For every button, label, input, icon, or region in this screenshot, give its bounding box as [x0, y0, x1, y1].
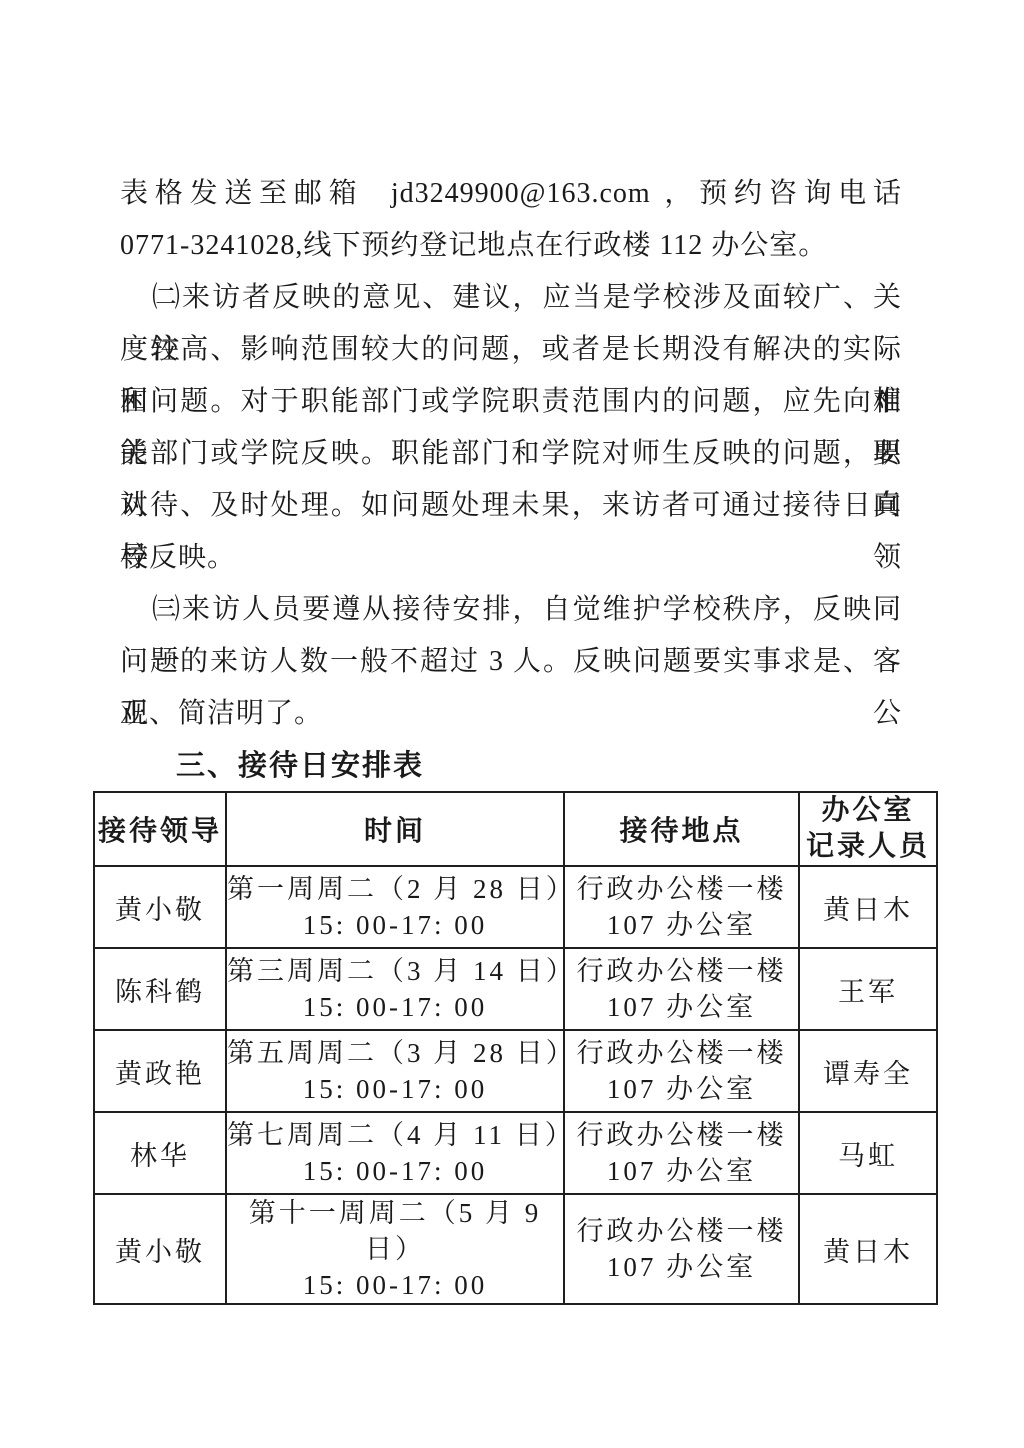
- header-place: 接待地点: [564, 792, 799, 866]
- place-building: 行政办公楼一楼: [565, 953, 798, 989]
- header-recorder-line2: 记录人员: [800, 829, 936, 865]
- time-cell: 第一周周二（2 月 28 日） 15: 00-17: 00: [226, 866, 564, 948]
- place-cell: 行政办公楼一楼 107 办公室: [564, 1112, 799, 1194]
- recorder-cell: 黄日木: [799, 1194, 937, 1304]
- time-date: 第一周周二（2 月 28 日）: [227, 871, 563, 907]
- place-room: 107 办公室: [565, 1153, 798, 1189]
- recorder-cell: 黄日木: [799, 866, 937, 948]
- place-room: 107 办公室: [565, 907, 798, 943]
- body-line: 度较高、影响范围较大的问题，或者是长期没有解决的实际困难: [120, 324, 902, 376]
- table-row: 黄政艳 第五周周二（3 月 28 日） 15: 00-17: 00 行政办公楼一…: [94, 1030, 937, 1112]
- place-building: 行政办公楼一楼: [565, 1213, 798, 1249]
- time-date: 第十一周周二（5 月 9 日）: [227, 1195, 563, 1267]
- leader-cell: 黄小敬: [94, 866, 226, 948]
- recorder-cell: 马虹: [799, 1112, 937, 1194]
- body-line: 和问题。对于职能部门或学院职责范围内的问题，应先向相关职: [120, 376, 902, 428]
- section-heading: 三、接待日安排表: [120, 740, 902, 792]
- time-hours: 15: 00-17: 00: [227, 1071, 563, 1107]
- leader-cell: 黄小敬: [94, 1194, 226, 1304]
- place-building: 行政办公楼一楼: [565, 1117, 798, 1153]
- leader-cell: 林华: [94, 1112, 226, 1194]
- header-recorder-line1: 办公室: [800, 793, 936, 829]
- time-date: 第五周周二（3 月 28 日）: [227, 1035, 563, 1071]
- table-row: 林华 第七周周二（4 月 11 日） 15: 00-17: 00 行政办公楼一楼…: [94, 1112, 937, 1194]
- body-line: 问题的来访人数一般不超过 3 人。反映问题要实事求是、客观公: [120, 636, 902, 688]
- place-building: 行政办公楼一楼: [565, 1035, 798, 1071]
- place-cell: 行政办公楼一楼 107 办公室: [564, 866, 799, 948]
- header-time: 时间: [226, 792, 564, 866]
- time-cell: 第七周周二（4 月 11 日） 15: 00-17: 00: [226, 1112, 564, 1194]
- body-line: ㈡来访者反映的意见、建议，应当是学校涉及面较广、关注: [120, 272, 902, 324]
- body-line: 表格发送至邮箱 jd3249900@163.com ，预约咨询电话: [120, 168, 902, 220]
- time-cell: 第十一周周二（5 月 9 日） 15: 00-17: 00: [226, 1194, 564, 1304]
- body-line: 对待、及时处理。如问题处理未果，来访者可通过接待日向校领: [120, 480, 902, 532]
- body-line: 能部门或学院反映。职能部门和学院对师生反映的问题，要认真: [120, 428, 902, 480]
- table-row: 陈科鹤 第三周周二（3 月 14 日） 15: 00-17: 00 行政办公楼一…: [94, 948, 937, 1030]
- table-row: 黄小敬 第一周周二（2 月 28 日） 15: 00-17: 00 行政办公楼一…: [94, 866, 937, 948]
- body-line: ㈢来访人员要遵从接待安排，自觉维护学校秩序，反映同一: [120, 584, 902, 636]
- place-room: 107 办公室: [565, 1249, 798, 1285]
- time-date: 第七周周二（4 月 11 日）: [227, 1117, 563, 1153]
- header-row: 接待领导 时间 接待地点 办公室 记录人员: [94, 792, 937, 866]
- body-line: 0771-3241028,线下预约登记地点在行政楼 112 办公室。: [120, 220, 902, 272]
- header-recorder: 办公室 记录人员: [799, 792, 937, 866]
- document-page: 表格发送至邮箱 jd3249900@163.com ，预约咨询电话 0771-3…: [0, 0, 1024, 1448]
- time-cell: 第五周周二（3 月 28 日） 15: 00-17: 00: [226, 1030, 564, 1112]
- place-room: 107 办公室: [565, 1071, 798, 1107]
- schedule-table-header: 接待领导 时间 接待地点 办公室 记录人员: [94, 792, 937, 866]
- time-hours: 15: 00-17: 00: [227, 1153, 563, 1189]
- leader-cell: 陈科鹤: [94, 948, 226, 1030]
- place-room: 107 办公室: [565, 989, 798, 1025]
- place-cell: 行政办公楼一楼 107 办公室: [564, 1194, 799, 1304]
- recorder-cell: 王军: [799, 948, 937, 1030]
- time-hours: 15: 00-17: 00: [227, 989, 563, 1025]
- place-building: 行政办公楼一楼: [565, 871, 798, 907]
- time-hours: 15: 00-17: 00: [227, 907, 563, 943]
- time-hours: 15: 00-17: 00: [227, 1267, 563, 1303]
- time-date: 第三周周二（3 月 14 日）: [227, 953, 563, 989]
- leader-cell: 黄政艳: [94, 1030, 226, 1112]
- place-cell: 行政办公楼一楼 107 办公室: [564, 948, 799, 1030]
- body-text: 表格发送至邮箱 jd3249900@163.com ，预约咨询电话 0771-3…: [120, 168, 902, 792]
- table-row: 黄小敬 第十一周周二（5 月 9 日） 15: 00-17: 00 行政办公楼一…: [94, 1194, 937, 1304]
- schedule-table: 接待领导 时间 接待地点 办公室 记录人员 黄小敬 第一周周二（2 月 28 日…: [93, 791, 938, 1305]
- time-cell: 第三周周二（3 月 14 日） 15: 00-17: 00: [226, 948, 564, 1030]
- header-leader: 接待领导: [94, 792, 226, 866]
- place-cell: 行政办公楼一楼 107 办公室: [564, 1030, 799, 1112]
- recorder-cell: 谭寿全: [799, 1030, 937, 1112]
